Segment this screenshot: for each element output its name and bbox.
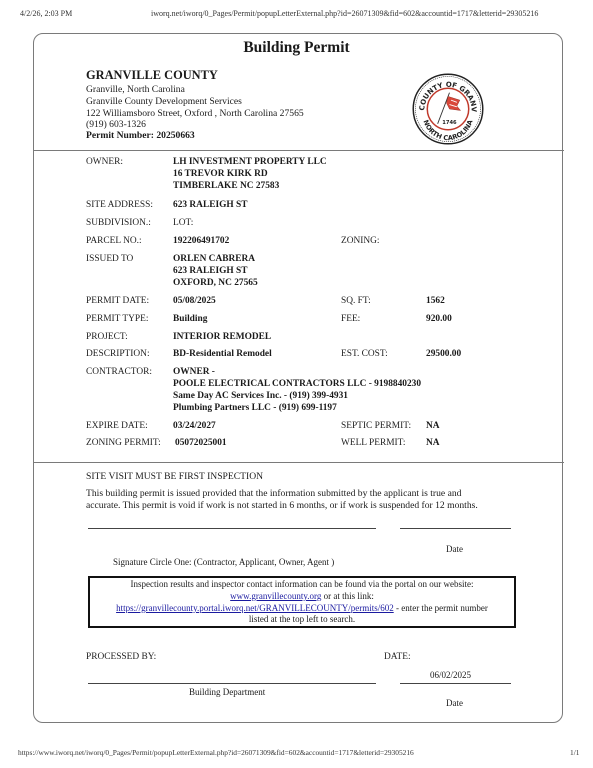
subdivision-label: SUBDIVISION.: [86,218,151,228]
est-cost-value: 29500.00 [426,348,461,360]
owner-name: LH INVESTMENT PROPERTY LLC [173,156,327,168]
print-page-number: 1/1 [570,748,579,757]
processed-date-caption: Date [446,698,463,708]
print-header-url: iworq.net/iworq/0_Pages/Permit/popupLett… [151,9,538,18]
contractor-line-2: POOLE ELECTRICAL CONTRACTORS LLC - 91988… [173,378,421,390]
sqft-value: 1562 [426,295,445,307]
organization-name: GRANVILLE COUNTY [86,68,218,83]
county-website-link[interactable]: www.granvillecounty.org [230,591,321,601]
permit-date-label: PERMIT DATE: [86,296,149,306]
permit-number-label: Permit Number: [86,130,154,141]
permit-number-value: 20250663 [156,130,194,141]
permit-number: Permit Number: 20250663 [86,130,195,141]
site-address-value: 623 RALEIGH ST [173,199,248,211]
processed-date-label: DATE: [384,652,411,662]
org-address: 122 Williamsboro Street, Oxford , North … [86,108,304,119]
zoning-permit-value: 05072025001 [175,437,227,449]
org-location: Granville, North Carolina [86,84,185,95]
notice-line-1: This building permit is issued provided … [86,488,461,499]
permit-type-value: Building [173,313,207,325]
signature-date-line[interactable] [400,528,511,529]
issued-to-label: ISSUED TO [86,254,133,264]
project-value: INTERIOR REMODEL [173,331,271,343]
info-line-1: Inspection results and inspector contact… [90,579,514,591]
well-permit-label: WELL PERMIT: [341,438,406,448]
owner-city: TIMBERLAKE NC 27583 [173,180,279,192]
issued-to-city: OXFORD, NC 27565 [173,277,258,289]
info-line-2: www.granvillecounty.org or at this link: [90,591,514,603]
well-permit-value: NA [426,437,440,449]
parcel-value: 192206491702 [173,235,229,247]
expire-date-value: 03/24/2027 [173,420,216,432]
print-datetime: 4/2/26, 2:03 PM [20,9,72,18]
zoning-permit-label: ZONING PERMIT: [86,438,161,448]
permit-date-value: 05/08/2025 [173,295,216,307]
septic-permit-label: SEPTIC PERMIT: [341,421,411,431]
contractor-line-1: OWNER - [173,366,215,378]
document-title: Building Permit [0,39,593,57]
inspection-info-box: Inspection results and inspector contact… [88,576,516,628]
processed-by-line[interactable] [88,683,376,684]
septic-permit-value: NA [426,420,440,432]
est-cost-label: EST. COST: [341,349,388,359]
fields-divider [33,462,564,463]
owner-street: 16 TREVOR KIRK RD [173,168,268,180]
signature-date-caption: Date [446,544,463,554]
expire-date-label: EXPIRE DATE: [86,421,148,431]
contractor-line-3: Same Day AC Services Inc. - (919) 399-49… [173,390,348,402]
processed-date-line [400,683,511,684]
description-label: DESCRIPTION: [86,349,150,359]
lot-label: LOT: [173,218,193,228]
info-line-4: listed at the top left to search. [90,614,514,626]
fee-value: 920.00 [426,313,452,325]
info-line-3: https://granvillecounty.portal.iworq.net… [90,603,514,615]
org-department: Granville County Development Services [86,96,242,107]
owner-label: OWNER: [86,157,123,167]
site-address-label: SITE ADDRESS: [86,200,153,210]
permit-type-label: PERMIT TYPE: [86,314,148,324]
processed-date-value: 06/02/2025 [430,670,471,680]
fee-label: FEE: [341,314,360,324]
permit-portal-link[interactable]: https://granvillecounty.portal.iworq.net… [116,603,394,613]
project-label: PROJECT: [86,332,128,342]
issued-to-name: ORLEN CABRERA [173,253,255,265]
header-divider [33,150,564,151]
notice-line-2: accurate. This permit is void if work is… [86,500,478,511]
parcel-label: PARCEL NO.: [86,236,142,246]
print-footer-url: https://www.iworq.net/iworq/0_Pages/Perm… [18,748,414,757]
notice-heading: SITE VISIT MUST BE FIRST INSPECTION [86,471,263,482]
contractor-line-4: Plumbing Partners LLC - (919) 699-1197 [173,402,337,414]
issued-to-street: 623 RALEIGH ST [173,265,248,277]
contractor-label: CONTRACTOR: [86,367,152,377]
building-department-caption: Building Department [189,687,265,697]
description-value: BD-Residential Remodel [173,348,272,360]
seal-year: 1746 [442,120,457,126]
sqft-label: SQ. FT: [341,296,371,306]
processed-by-label: PROCESSED BY: [86,652,156,662]
zoning-label: ZONING: [341,236,380,246]
org-phone: (919) 603-1326 [86,119,146,130]
county-seal-icon: THE COUNTY OF GRANVILLE NORTH CAROLINA 1… [411,72,485,146]
signature-circle-one: Signature Circle One: (Contractor, Appli… [113,557,334,567]
signature-line[interactable] [88,528,376,529]
